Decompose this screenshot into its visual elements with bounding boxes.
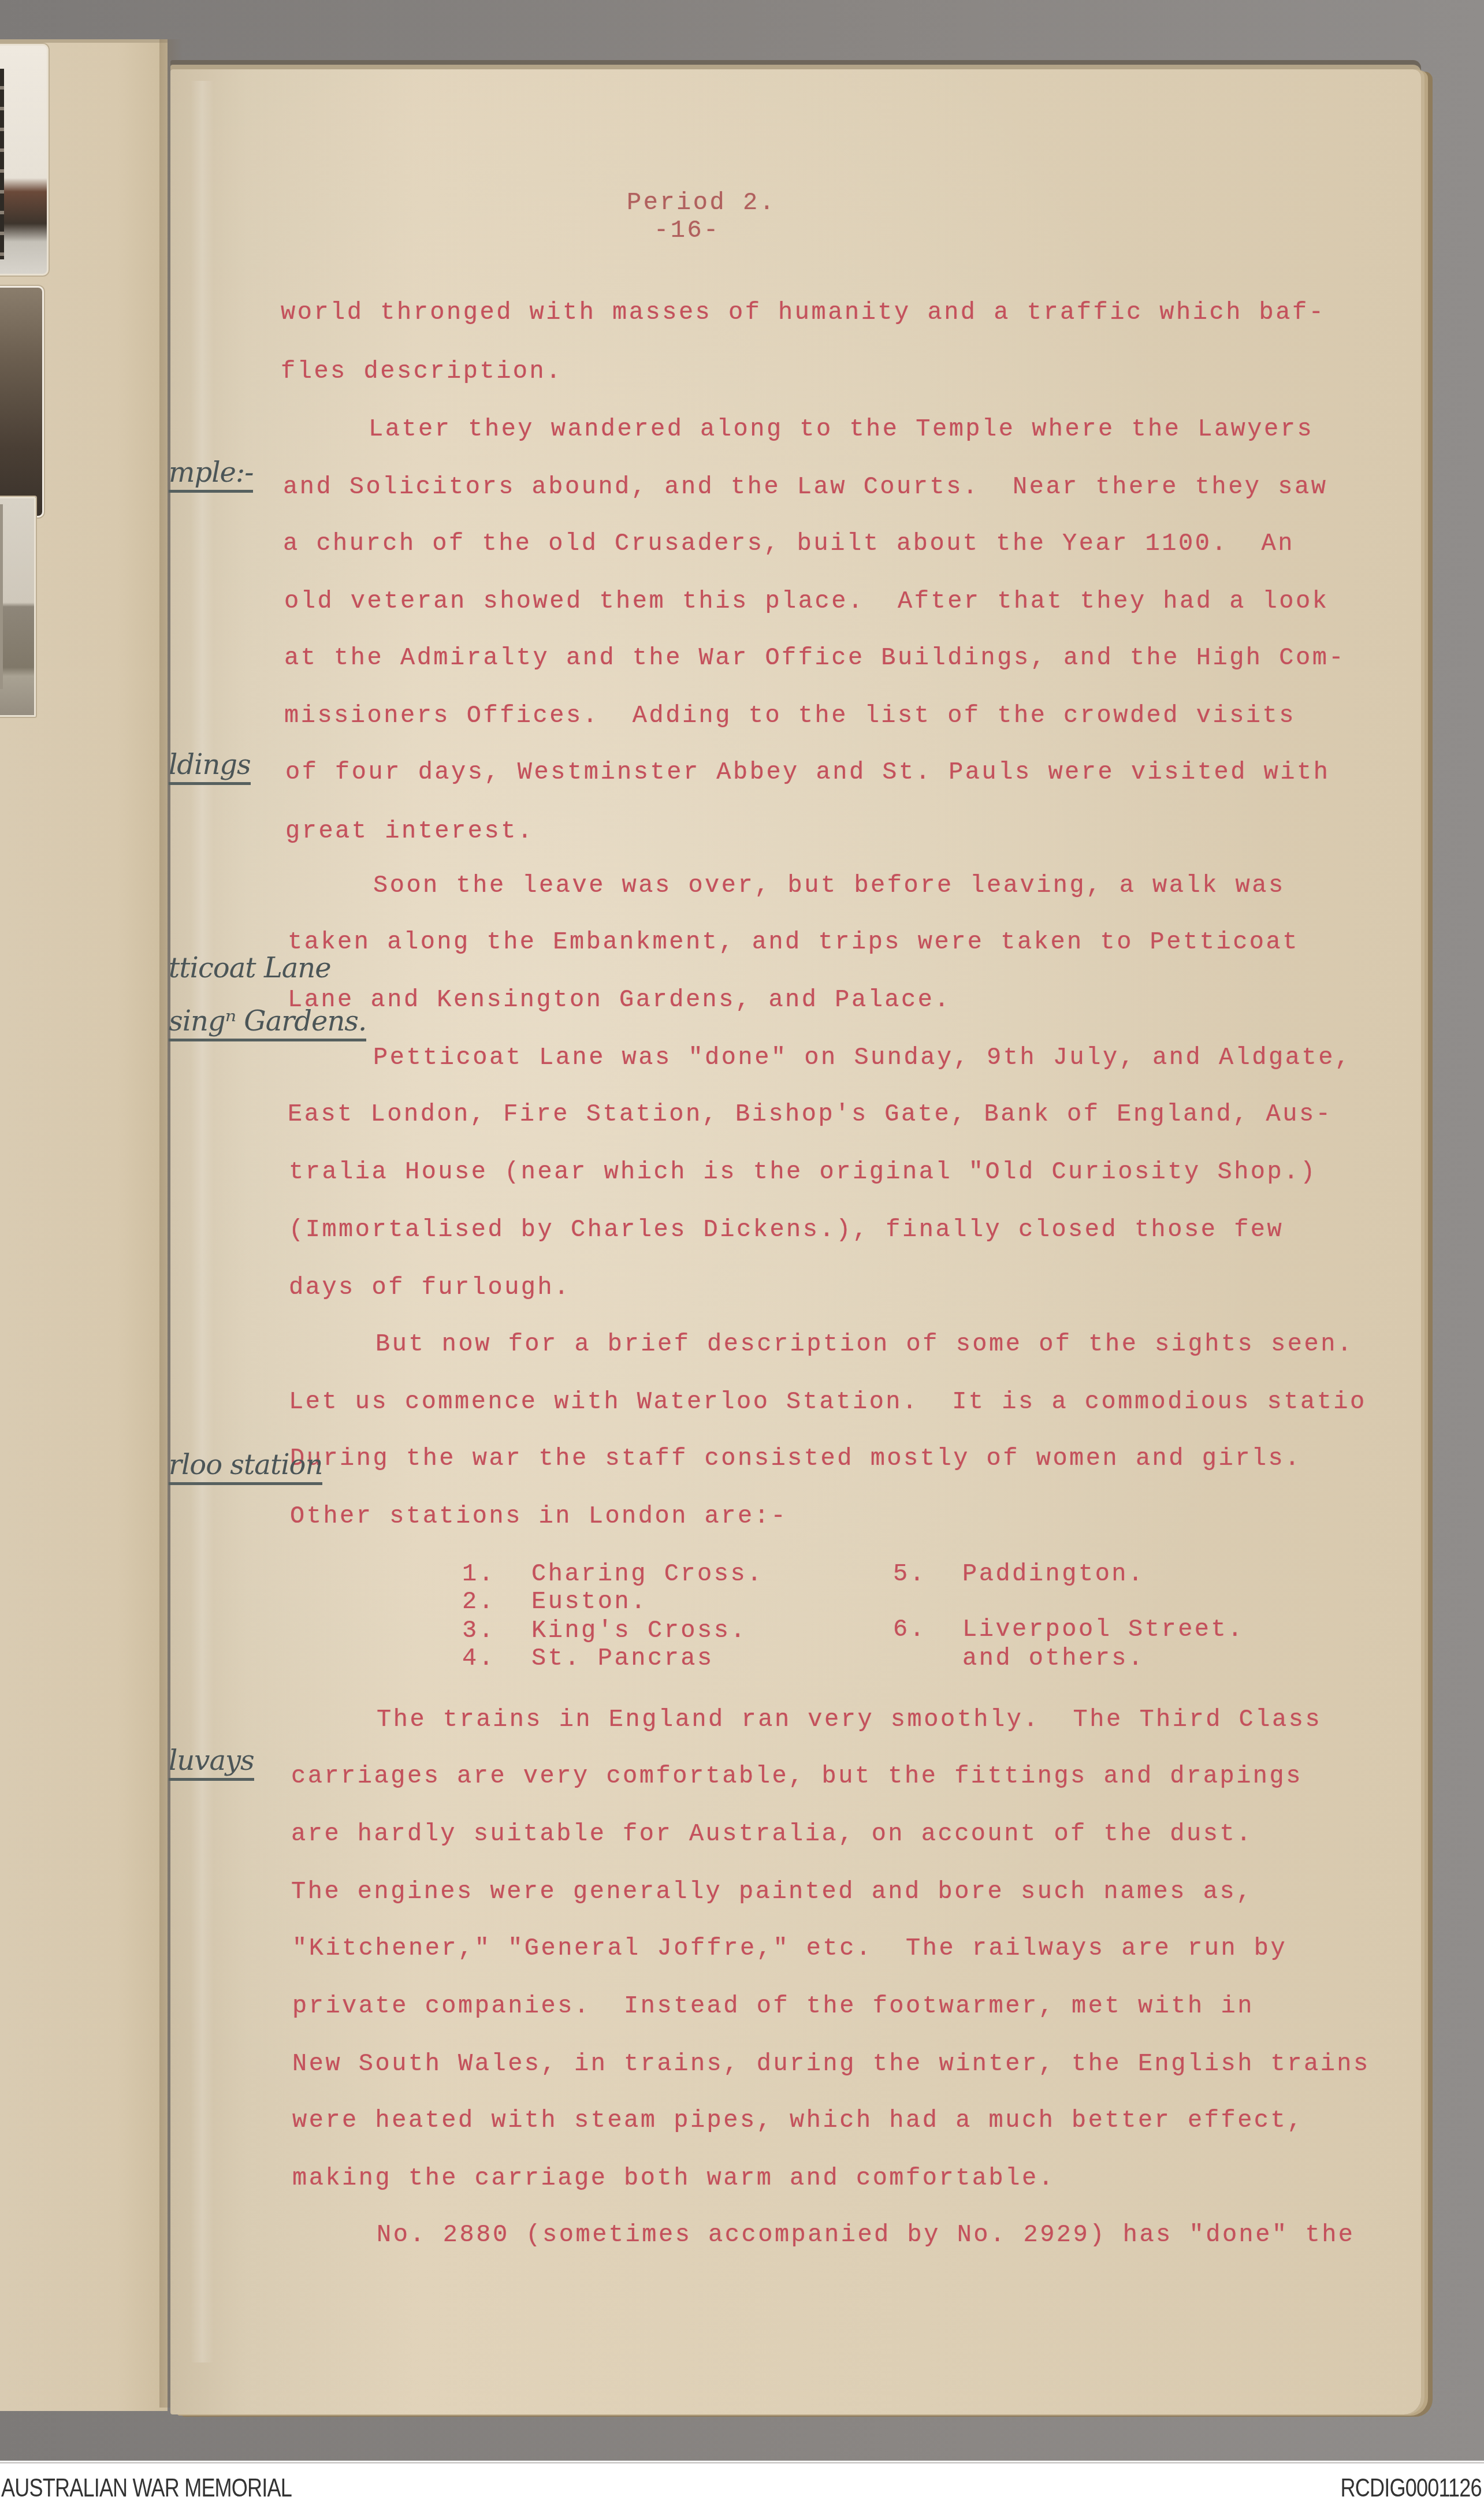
postcard-photo-station <box>0 497 36 717</box>
text-line: New South Wales, in trains, during the w… <box>292 2052 1370 2076</box>
text-line: But now for a brief description of some … <box>375 1332 1354 1356</box>
text-line: During the war the staff consisted mostl… <box>290 1446 1301 1471</box>
handwritten-margin-note: rloo station <box>169 1449 322 1485</box>
text-line: The trains in England ran very smoothly.… <box>377 1707 1322 1732</box>
period-heading: Period 2. <box>627 191 776 215</box>
page-number: -16- <box>654 218 720 243</box>
text-line: (Immortalised by Charles Dickens.), fina… <box>289 1218 1284 1242</box>
institution-label: AUSTRALIAN WAR MEMORIAL <box>1 2474 292 2503</box>
handwritten-margin-note: tticoat Lane <box>169 952 331 984</box>
text-line: fles description. <box>281 359 563 384</box>
postcard-photo-street <box>0 286 44 518</box>
text-line: Lane and Kensington Gardens, and Palace. <box>288 988 951 1012</box>
text-line: Other stations in London are:- <box>290 1504 787 1528</box>
page-crease <box>191 81 214 2362</box>
scanned-album-spread: Period 2. -16- world thronged with masse… <box>0 0 1484 2461</box>
text-line: private companies. Instead of the footwa… <box>292 1994 1254 2018</box>
station-name: King's Cross. <box>531 1619 747 1643</box>
text-line: days of furlough. <box>289 1275 571 1300</box>
text-line: of four days, Westminster Abbey and St. … <box>285 760 1330 784</box>
text-line: and Solicitors abound, and the Law Court… <box>283 475 1327 499</box>
handwritten-margin-note: luvays <box>169 1744 254 1781</box>
reference-id: RCDIG0001126 <box>1341 2474 1482 2503</box>
station-name: and others. <box>962 1646 1145 1670</box>
station-number: 5. <box>893 1562 926 1586</box>
station-number: 4. <box>462 1646 495 1670</box>
text-line: making the carriage both warm and comfor… <box>292 2166 1055 2190</box>
text-line: Soon the leave was over, but before leav… <box>373 873 1285 898</box>
text-line: "Kitchener," "General Joffre," etc. The … <box>292 1936 1287 1960</box>
station-name: Charing Cross. <box>531 1562 764 1586</box>
station-name: St. Pancras <box>531 1646 714 1670</box>
station-name: Liverpool Street. <box>962 1617 1244 1642</box>
station-number: 1. <box>462 1562 495 1586</box>
text-line: old veteran showed them this place. Afte… <box>284 589 1329 613</box>
text-line: carriages are very comfortable, but the … <box>291 1764 1303 1788</box>
station-number: 6. <box>893 1617 926 1642</box>
text-line: missioners Offices. Adding to the list o… <box>284 704 1296 728</box>
archive-footer: AUSTRALIAN WAR MEMORIAL RCDIG0001126 <box>0 2462 1484 2504</box>
text-line: Later they wandered along to the Temple … <box>369 417 1314 441</box>
text-line: at the Admiralty and the War Office Buil… <box>284 646 1345 670</box>
text-line: East London, Fire Station, Bishop's Gate… <box>288 1102 1332 1126</box>
handwritten-margin-note: ldings <box>169 749 251 785</box>
text-line: great interest. <box>285 819 534 843</box>
handwritten-margin-note: mple:- <box>169 456 253 493</box>
postcard-photo-tower <box>0 44 49 276</box>
text-line: taken along the Embankment, and trips we… <box>288 930 1299 954</box>
text-line: a church of the old Crusaders, built abo… <box>283 531 1295 556</box>
text-line: were heated with steam pipes, which had … <box>292 2108 1304 2133</box>
text-line: are hardly suitable for Australia, on ac… <box>291 1822 1253 1846</box>
station-number: 3. <box>462 1619 495 1643</box>
text-line: Petticoat Lane was "done" on Sunday, 9th… <box>373 1045 1352 1070</box>
text-line: Let us commence with Waterloo Station. I… <box>289 1390 1367 1414</box>
text-line: No. 2880 (sometimes accompanied by No. 2… <box>377 2223 1355 2247</box>
text-line: tralia House (near which is the original… <box>289 1160 1317 1184</box>
handwritten-margin-note: singⁿ Gardens. <box>169 1005 366 1041</box>
station-name: Paddington. <box>962 1562 1145 1586</box>
text-line: The engines were generally painted and b… <box>291 1880 1253 1904</box>
station-number: 2. <box>462 1590 495 1614</box>
station-name: Euston. <box>531 1590 648 1614</box>
text-line: world thronged with masses of humanity a… <box>281 300 1325 325</box>
